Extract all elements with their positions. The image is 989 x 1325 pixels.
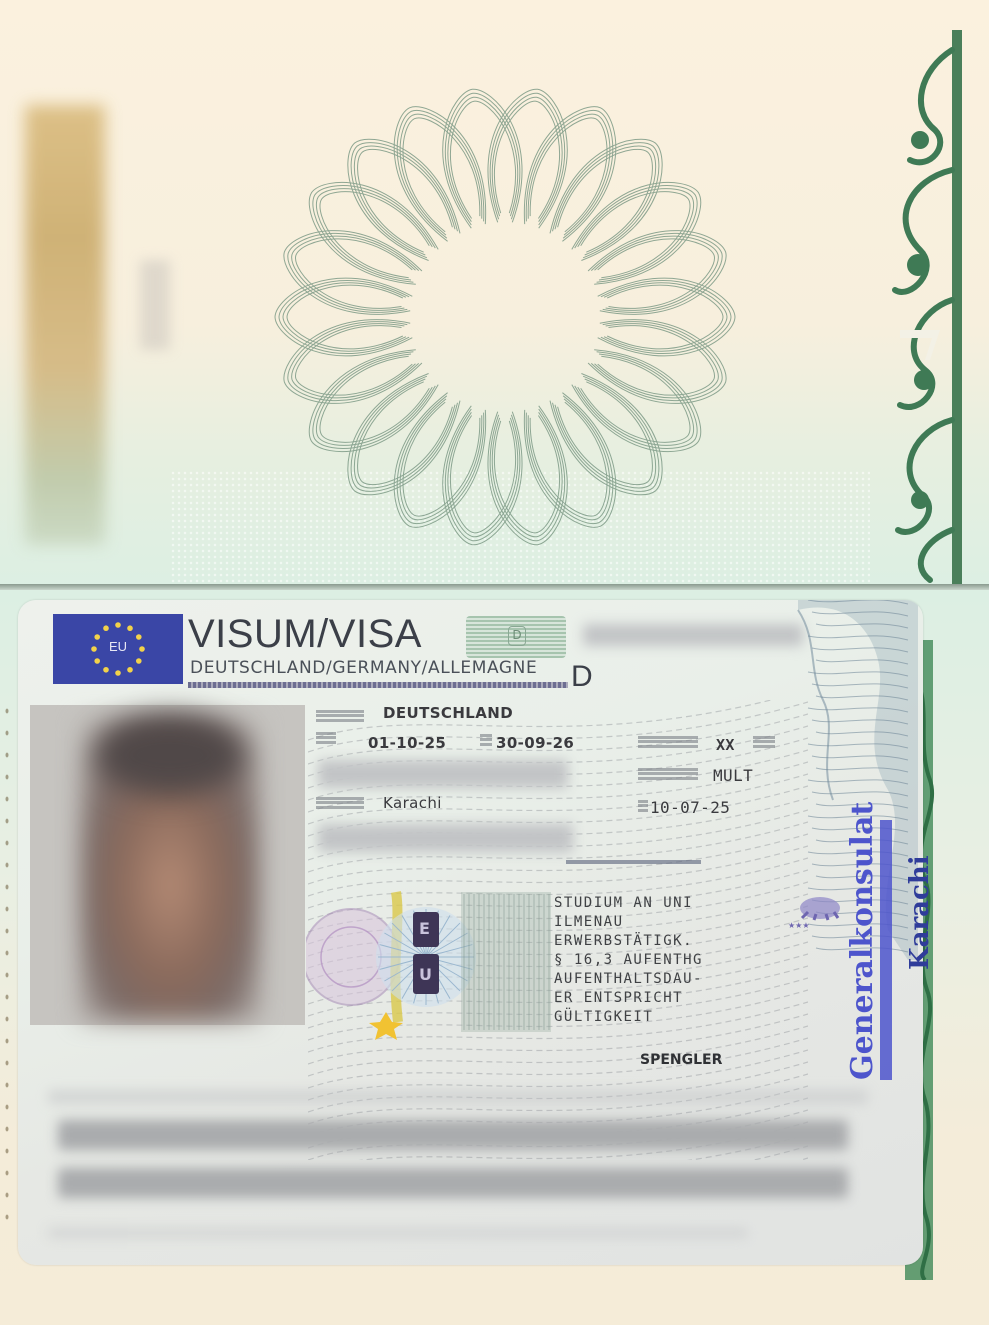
label-valid-for — [316, 708, 364, 723]
value-until: 30-09-26 — [496, 734, 574, 752]
redacted-page-number-strip — [25, 105, 105, 545]
ornamental-border-icon — [880, 30, 962, 585]
label-duration-of-stay — [638, 734, 698, 749]
label-from — [316, 730, 336, 745]
value-duration-of-stay: XX — [716, 736, 735, 754]
stamp-eagle-icon: ★★★ — [788, 890, 848, 930]
label-issued-in — [316, 795, 364, 810]
svg-text:U: U — [419, 965, 432, 984]
passport-page-upper — [0, 0, 989, 590]
holder-photo-redacted — [30, 705, 305, 1025]
redacted-mrz-line-2 — [58, 1168, 848, 1198]
machine-readable-zone — [48, 1090, 908, 1240]
svg-text:★★★: ★★★ — [788, 921, 810, 930]
label-until — [480, 732, 492, 747]
redacted-name — [318, 760, 568, 788]
label-on — [638, 798, 648, 813]
remarks-text: STUDIUM AN UNI ILMENAU ERWERBSTÄTIGK. § … — [554, 894, 703, 1027]
redacted-mark — [140, 260, 170, 350]
visa-sticker: EU VISUM/VISA DEUTSCHLAND/GERMANY/ALLEMA… — [18, 600, 923, 1265]
guilloche-rosette-icon — [245, 62, 765, 572]
eu-flag: EU — [53, 614, 183, 684]
value-valid-for: DEUTSCHLAND — [383, 704, 513, 722]
hologram-letter: D — [508, 626, 526, 646]
blurred-hair — [95, 715, 245, 795]
issuing-state: DEUTSCHLAND/GERMANY/ALLEMAGNE — [190, 658, 537, 678]
officer-signature: SPENGLER — [640, 1052, 722, 1068]
stamp-line-generalkonsulat: Generalkonsulat — [845, 802, 880, 1080]
label-remarks — [566, 860, 701, 864]
redacted-microprint — [48, 1090, 868, 1104]
country-code: D — [571, 660, 593, 694]
value-number-of-entries: MULT — [713, 766, 753, 785]
value-issue-date: 10-07-25 — [650, 798, 730, 817]
stamp-line-city: Karachi — [905, 855, 935, 970]
value-from: 01-10-25 — [368, 734, 446, 752]
eu-security-seal-icon: E U — [306, 882, 556, 1042]
eu-flag-label: EU — [53, 639, 183, 654]
label-days — [753, 734, 775, 749]
value-issued-in: Karachi — [383, 794, 442, 812]
hologram-kinegram: D — [466, 616, 566, 658]
svg-text:E: E — [419, 919, 430, 938]
redacted-mrz-line-1 — [58, 1120, 848, 1150]
label-number-of-entries — [638, 766, 698, 781]
visa-title: VISUM/VISA — [188, 612, 422, 656]
microprint-line — [188, 682, 568, 688]
stamp-line-redacted — [880, 820, 892, 1080]
redacted-visa-number — [583, 624, 803, 646]
redacted-footer-microprint — [48, 1228, 748, 1238]
redacted-passport-number — [318, 824, 573, 852]
consulate-stamp: ★★★ Generalkonsulat Karachi — [800, 780, 910, 1110]
